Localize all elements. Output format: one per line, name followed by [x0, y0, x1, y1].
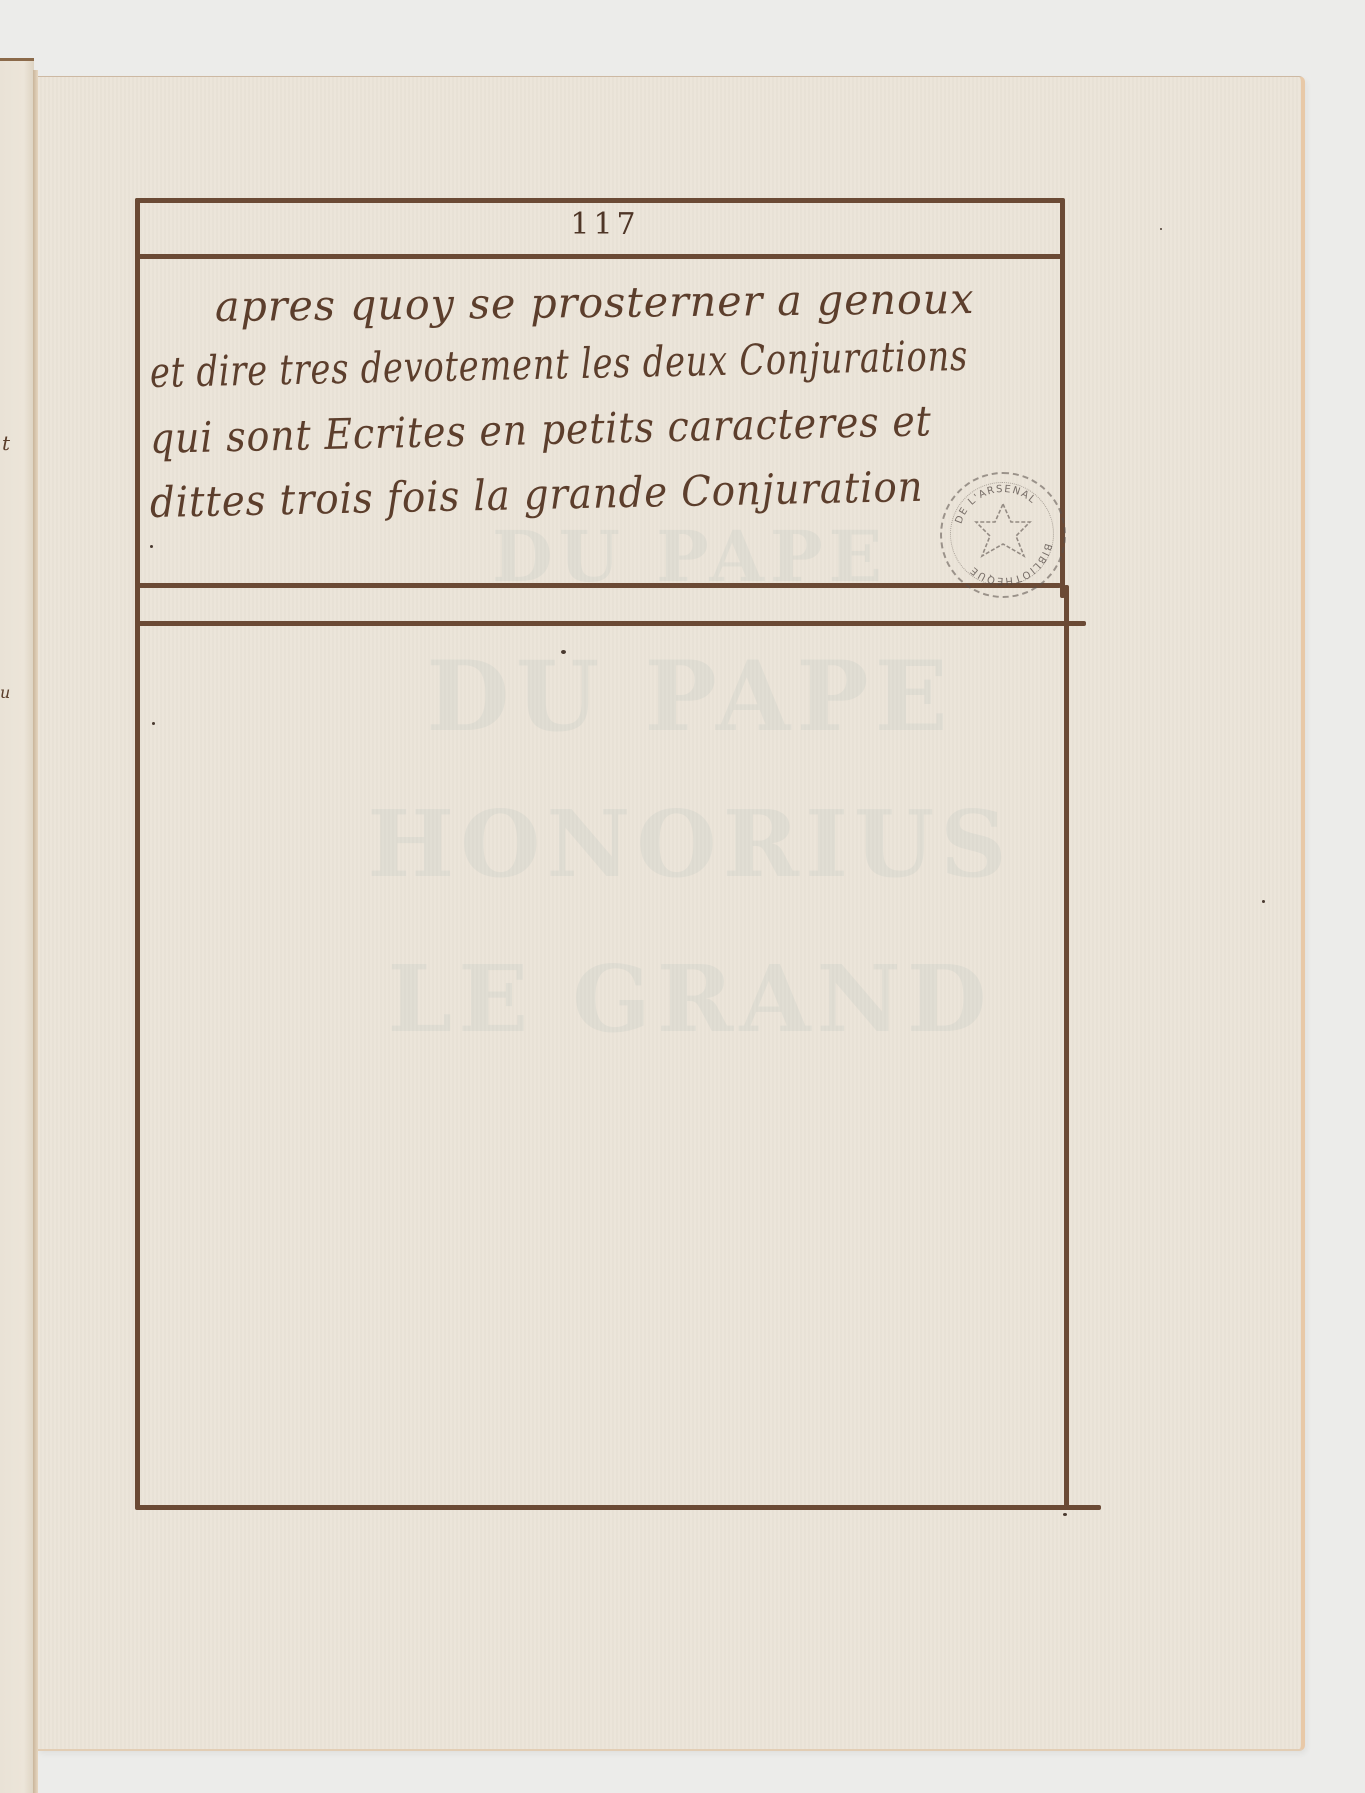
ink-speck — [561, 650, 566, 654]
frame-top-line — [135, 198, 1064, 203]
frame-header-rule — [136, 254, 1065, 259]
frame-lower-box-top-rule — [136, 621, 1086, 626]
ink-speck — [152, 722, 155, 725]
verso-page-edge: t u — [0, 58, 34, 1793]
frame-text-bottom-rule — [136, 583, 1061, 588]
library-stamp: DE L'ARSENAL BIBLIOTHEQUE — [940, 472, 1066, 598]
verso-mark: u — [0, 683, 10, 702]
frame-right-line-lower — [1064, 585, 1069, 1510]
verso-mark: t — [2, 431, 10, 455]
bleed-through-text: DU PAPE — [340, 640, 1040, 753]
bleed-through-text: LE GRAND — [340, 945, 1040, 1053]
frame-bottom-line — [136, 1505, 1101, 1510]
handwritten-line: apres quoy se prosterner a genoux — [215, 274, 975, 331]
ink-speck — [150, 545, 153, 548]
star-icon: DE L'ARSENAL BIBLIOTHEQUE — [942, 474, 1064, 596]
page-number: 117 — [560, 207, 650, 242]
ink-speck — [1063, 1513, 1067, 1516]
svg-text:BIBLIOTHEQUE: BIBLIOTHEQUE — [968, 542, 1053, 586]
ink-speck — [1160, 228, 1162, 230]
frame-left-line — [135, 198, 140, 1510]
ink-speck — [1262, 900, 1265, 903]
bleed-through-text: HONORIUS — [340, 790, 1040, 898]
svg-text:DE L'ARSENAL: DE L'ARSENAL — [954, 484, 1039, 525]
